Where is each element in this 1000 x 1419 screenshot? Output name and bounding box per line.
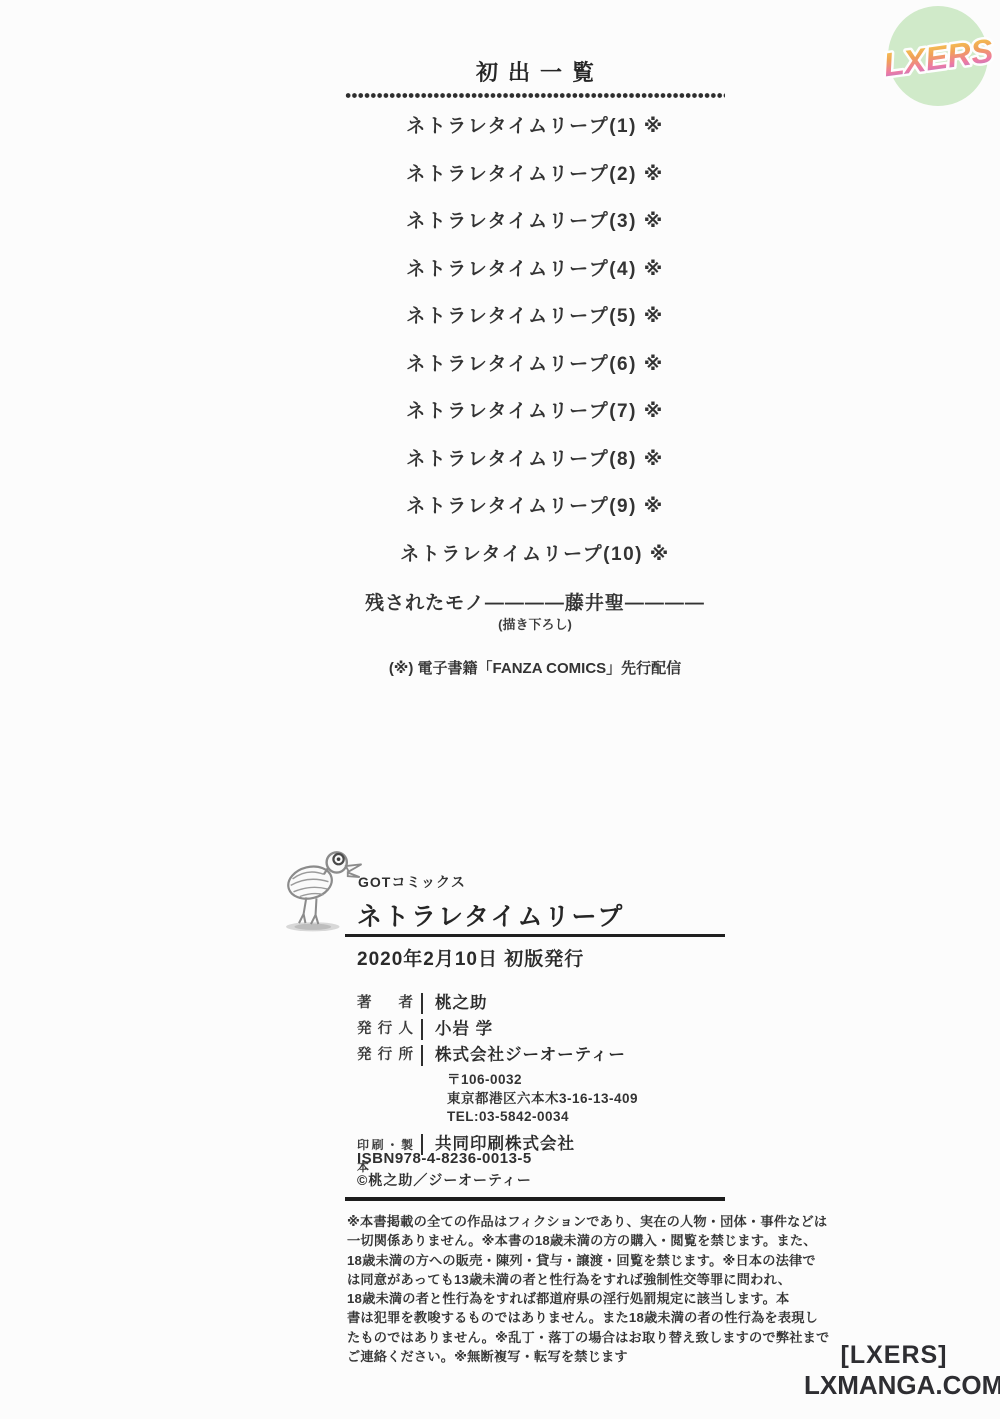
row-label: 発行人 [357, 1019, 413, 1040]
disclaimer-line: たものではありません。※乱丁・落丁の場合はお取り替え致しますので弊社まで [347, 1328, 727, 1347]
author-row: 著者 桃之助 [357, 993, 725, 1014]
list-item: ネトラレタイムリープ(3) ※ [345, 196, 725, 244]
publisher-company-row: 発行所 株式会社ジーオーティー [357, 1045, 725, 1066]
disclaimer-line: ※本書掲載の全ての作品はフィクションであり、実在の人物・団体・事件などは [347, 1212, 727, 1231]
list-item: ネトラレタイムリープ(5) ※ [345, 291, 725, 339]
list-item: ネトラレタイムリープ(7) ※ [345, 386, 725, 434]
disclaimer-line: 18歳未満の方への販売・陳列・貸与・譲渡・回覧を禁じます。※日本の法律で [347, 1251, 727, 1270]
postal-code: 〒106-0032 [447, 1071, 725, 1090]
list-item: ネトラレタイムリープ(2) ※ [345, 149, 725, 197]
row-value: 株式会社ジーオーティー [421, 1045, 626, 1066]
list-item: ネトラレタイムリープ(1) ※ [345, 101, 725, 149]
publisher-bird-logo [276, 844, 368, 941]
publisher-address: 〒106-0032 東京都港区六本木3-16-13-409 TEL:03-584… [357, 1071, 725, 1127]
lxmanga-watermark: [LXERS] LXMANGA.COM [804, 1340, 984, 1400]
disclaimer-line: 18歳未満の者と性行為をすれば都道府県の淫行処罰規定に該当します。本 [347, 1289, 727, 1308]
digital-edition-footnote: (※) 電子書籍「FANZA COMICS」先行配信 [345, 657, 725, 678]
list-item: ネトラレタイムリープ(9) ※ [345, 481, 725, 529]
dotted-divider [345, 93, 725, 98]
row-value: 桃之助 [421, 993, 488, 1014]
publisher-person-row: 発行人 小岩 学 [357, 1019, 725, 1040]
list-item: ネトラレタイムリープ(10) ※ [345, 529, 725, 577]
legal-disclaimer: ※本書掲載の全ての作品はフィクションであり、実在の人物・団体・事件などは 一切関… [347, 1212, 727, 1366]
list-item: ネトラレタイムリープ(8) ※ [345, 434, 725, 482]
title-underline [345, 934, 725, 937]
copyright-line: ©桃之助／ジーオーティー [357, 1170, 532, 1190]
disclaimer-line: 書は犯罪を教唆するものではありません。また18歳未満の者の性行為を表現し [347, 1308, 727, 1327]
phone-number: TEL:03-5842-0034 [447, 1108, 725, 1127]
row-label: 発行所 [357, 1045, 413, 1066]
oneshot-title: 残されたモノ――――藤井聖―――― [345, 588, 725, 615]
disclaimer-line: 一切関係ありません。※本書の18歳未満の方の購入・閲覧を禁じます。また、 [347, 1231, 727, 1250]
imprint-label: GOTコミックス [358, 872, 466, 892]
row-value: 小岩 学 [421, 1019, 493, 1040]
disclaimer-line: ご連絡ください。※無断複写・転写を禁じます [347, 1347, 727, 1366]
disclaimer-line: は同意があっても13歳未満の者と性行為をすれば強制性交等罪に問われ、 [347, 1270, 727, 1289]
chapter-list: ネトラレタイムリープ(1) ※ ネトラレタイムリープ(2) ※ ネトラレタイムリ… [345, 101, 725, 576]
oneshot-note: (描き下ろし) [345, 614, 725, 633]
disclaimer-top-rule [345, 1197, 725, 1201]
bird-icon [276, 844, 368, 936]
street-address: 東京都港区六本木3-16-13-409 [447, 1090, 725, 1109]
edition-date: 2020年2月10日 初版発行 [357, 944, 584, 971]
colophon-page: LXERS 初出一覧 ネトラレタイムリープ(1) ※ ネトラレタイムリープ(2)… [0, 0, 1000, 1419]
lxers-badge-graphic: LXERS [876, 4, 998, 110]
row-label: 著者 [357, 993, 413, 1014]
list-item: ネトラレタイムリープ(4) ※ [345, 244, 725, 292]
page-title: 初出一覧 [345, 56, 725, 87]
book-title: ネトラレタイムリープ [357, 897, 624, 933]
lxers-watermark-badge: LXERS [876, 4, 998, 115]
isbn: ISBN978-4-8236-0013-5 [357, 1150, 532, 1167]
lxmanga-url: LXMANGA.COM [804, 1370, 984, 1400]
list-item: ネトラレタイムリープ(6) ※ [345, 339, 725, 387]
lxers-tag: [LXERS] [804, 1340, 984, 1370]
